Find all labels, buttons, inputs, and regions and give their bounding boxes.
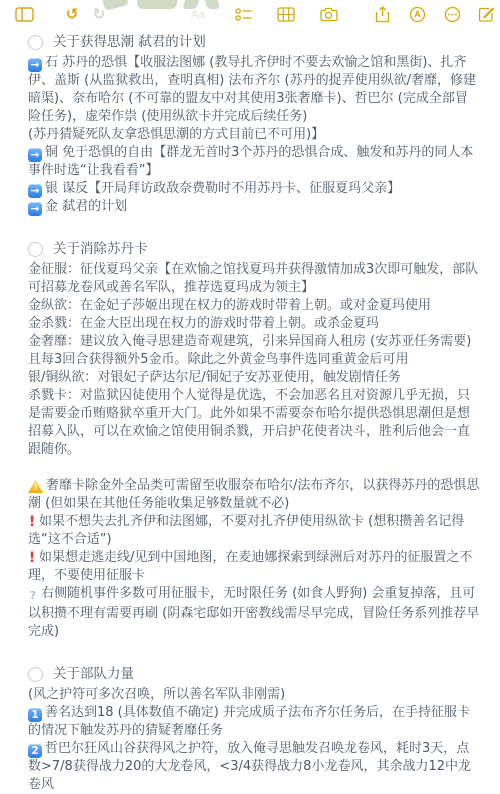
section-heading: 关于消除苏丹卡 (28, 240, 480, 258)
checklist-circle-icon[interactable] (28, 667, 43, 682)
sidebar-toggle-icon[interactable] (14, 6, 34, 23)
note-body: 关于获得思潮 弑君的计划 →石 苏丹的恐惧【收服法图娜 (教导扎齐伊时不要去欢愉… (0, 30, 500, 691)
note-text: 金征服：征伐夏玛父亲【在欢愉之馆找夏玛并获得激情加成3次即可触发，部队可招募龙卷… (28, 262, 478, 295)
note-line: 金杀戮：在金大臣出现在权力的游戏时带着上朝。或杀金夏玛 (28, 315, 480, 333)
table-icon[interactable] (276, 6, 296, 23)
more-icon[interactable] (442, 6, 462, 23)
note-line: 银/铜纵欲：对银妃子萨达尔尼/铜妃子安苏亚使用，触发剧情任务 (28, 369, 480, 387)
note-line: !如果不想失去扎齐伊和法图娜，不要对扎齐伊使用纵欲卡 (想积攒善名记得选“这不合… (28, 513, 480, 549)
note-line: !奢靡卡除金外全品类可需留至收服奈布哈尔/法布齐尔，以获得苏丹的恐惧思潮 (但如… (28, 477, 480, 513)
notes-toolbar: ↺ ↻ Aa (0, 0, 500, 26)
note-line: →银 谋反【开局拜访政敌奈费勒时不用苏丹卡、征服夏玛父亲】 (28, 180, 480, 198)
arrow-emoji-icon: → (28, 148, 42, 162)
note-line: →金 弑君的计划 (28, 198, 480, 216)
note-text: 银/铜纵欲：对银妃子萨达尔尼/铜妃子安苏亚使用，触发剧情任务 (28, 370, 401, 385)
note-line: (苏丹猜疑死队友拿恐惧思潮的方式目前已不可用)】 (28, 126, 480, 144)
section-sultan-cards: 关于消除苏丹卡 金征服：征伐夏玛父亲【在欢愉之馆找夏玛并获得激情加成3次即可触发… (28, 240, 480, 641)
redo-icon: ↻ (89, 6, 109, 23)
note-text: 金 弑君的计划 (45, 199, 127, 214)
warning-emoji-icon: ! (28, 480, 43, 493)
note-line: ?右侧随机事件多数可用征服卡，无时限任务 (如食人野狗) 会重复掉落，且可以积攒… (28, 585, 480, 641)
note-line: →铜 免于恐惧的自由【群龙无首时3个苏丹的恐惧合成、触发和苏丹的同人本事件时选“… (28, 144, 480, 180)
arrow-emoji-icon: → (28, 184, 42, 198)
exclamation-emoji-icon: ! (28, 513, 36, 531)
checklist-circle-icon[interactable] (28, 35, 43, 50)
note-text: 金奢靡：建议放入俺寻思建造奇观建筑，引来异国商人租房 (安苏亚任务需要) 且每3… (28, 334, 471, 367)
note-text: 右侧随机事件多数可用征服卡，无时限任务 (如食人野狗) 会重复掉落，且可以积攒不… (28, 586, 479, 639)
note-text: 银 谋反【开局拜访政敌奈费勒时不用苏丹卡、征服夏玛父亲】 (45, 181, 400, 196)
note-text: 奢靡卡除金外全品类可需留至收服奈布哈尔/法布齐尔，以获得苏丹的恐惧思潮 (但如果… (28, 478, 479, 511)
undo-icon[interactable]: ↺ (62, 6, 82, 23)
camera-icon[interactable] (318, 6, 338, 23)
exclamation-emoji-icon: ! (28, 549, 36, 567)
checklist-icon[interactable] (234, 6, 254, 23)
markup-icon[interactable] (407, 6, 427, 23)
section-title-text: 关于获得思潮 弑君的计划 (53, 33, 206, 51)
format-icon: Aa (188, 6, 208, 23)
section-heading: 关于部队力量 (28, 665, 480, 683)
note-text: 如果不想失去扎齐伊和法图娜，不要对扎齐伊使用纵欲卡 (想积攒善名记得选“这不合适… (28, 514, 464, 547)
note-line: →石 苏丹的恐惧【收服法图娜 (教导扎齐伊时不要去欢愉之馆和黑街)、扎齐伊、盖斯… (28, 54, 480, 126)
note-line: 金纵欲：在金妃子莎姬出现在权力的游戏时带着上朝。或对金夏玛使用 (28, 297, 480, 315)
compose-icon[interactable] (476, 6, 496, 23)
note-line: 杀戮卡：对监狱囚徒使用个人觉得是优选，不会加恶名且对资源几乎无损，只是需要金币贿… (28, 387, 480, 459)
checklist-circle-icon[interactable] (28, 242, 43, 257)
section-thoughts: 关于获得思潮 弑君的计划 →石 苏丹的恐惧【收服法图娜 (教导扎齐伊时不要去欢愉… (28, 33, 480, 216)
section-army-power: 关于部队力量 (风之护符可多次召唤，所以善名军队非刚需) 1善名达到18 (具体… (28, 665, 480, 691)
note-line: (风之护符可多次召唤，所以善名军队非刚需) (28, 686, 480, 691)
arrow-emoji-icon: → (28, 58, 42, 72)
note-text: 杀戮卡：对监狱囚徒使用个人觉得是优选，不会加恶名且对资源几乎无损，只是需要金币贿… (28, 388, 470, 457)
note-text: (苏丹猜疑死队友拿恐惧思潮的方式目前已不可用)】 (28, 127, 324, 142)
note-text: 金纵欲：在金妃子莎姬出现在权力的游戏时带着上朝。或对金夏玛使用 (28, 298, 431, 313)
note-text: 铜 免于恐惧的自由【群龙无首时3个苏丹的恐惧合成、触发和苏丹的同人本事件时选“让… (28, 145, 473, 178)
note-line: 金征服：征伐夏玛父亲【在欢愉之馆找夏玛并获得激情加成3次即可触发，部队可招募龙卷… (28, 261, 480, 297)
section-title-text: 关于部队力量 (53, 665, 134, 683)
share-icon[interactable] (372, 6, 392, 23)
note-text: 如果想走逃走线/见到中国地图，在麦迪娜探索到绿洲后对苏丹的征服置之不理，不要使用… (28, 550, 472, 583)
note-text: (风之护符可多次召唤，所以善名军队非刚需) (28, 687, 285, 691)
note-line: 金奢靡：建议放入俺寻思建造奇观建筑，引来异国商人租房 (安苏亚任务需要) 且每3… (28, 333, 480, 369)
note-text: 石 苏丹的恐惧【收服法图娜 (教导扎齐伊时不要去欢愉之馆和黑街)、扎齐伊、盖斯 … (28, 55, 476, 124)
note-line: !如果想走逃走线/见到中国地图，在麦迪娜探索到绿洲后对苏丹的征服置之不理，不要使… (28, 549, 480, 585)
arrow-emoji-icon: → (28, 202, 42, 216)
question-emoji-icon: ? (28, 587, 38, 605)
section-title-text: 关于消除苏丹卡 (53, 240, 148, 258)
note-text: 金杀戮：在金大臣出现在权力的游戏时带着上朝。或杀金夏玛 (28, 316, 379, 331)
section-heading: 关于获得思潮 弑君的计划 (28, 33, 480, 51)
